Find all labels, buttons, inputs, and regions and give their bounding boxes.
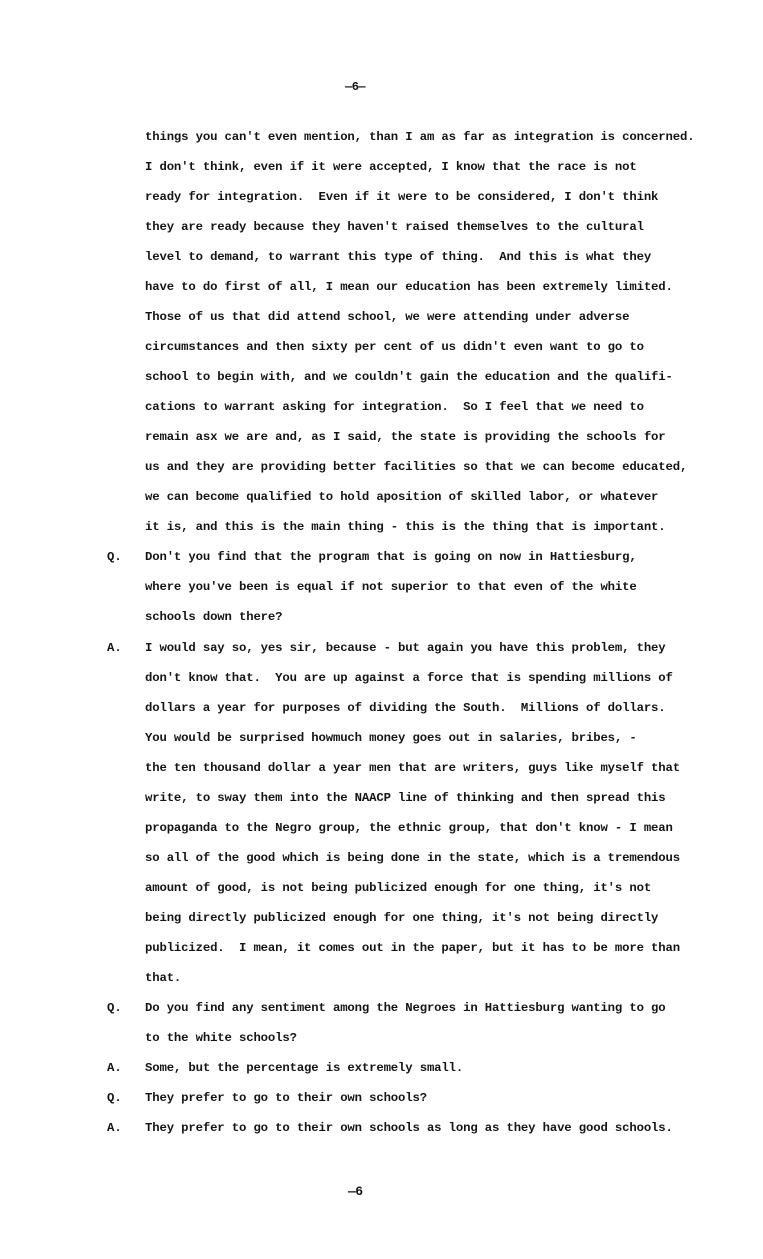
- text-line: schools down there?: [145, 609, 282, 625]
- text-line: circumstances and then sixty per cent of…: [145, 339, 644, 355]
- text-line: propaganda to the Negro group, the ethni…: [145, 820, 673, 836]
- text-line: They prefer to go to their own schools?: [145, 1090, 427, 1106]
- text-line: we can become qualified to hold apositio…: [145, 489, 658, 505]
- speaker-label: A.: [107, 1060, 122, 1076]
- text-line: to the white schools?: [145, 1030, 297, 1046]
- text-line: us and they are providing better facilit…: [145, 459, 687, 475]
- text-line: remain asx we are and, as I said, the st…: [145, 429, 666, 445]
- text-line: that.: [145, 970, 181, 986]
- text-line: publicized. I mean, it comes out in the …: [145, 940, 680, 956]
- text-line: things you can't even mention, than I am…: [145, 129, 694, 145]
- speaker-label: Q.: [107, 1090, 122, 1106]
- page-header-number: —6—: [345, 80, 365, 94]
- text-line: dollars a year for purposes of dividing …: [145, 700, 666, 716]
- speaker-label: A.: [107, 1120, 122, 1136]
- text-line: have to do first of all, I mean our educ…: [145, 279, 673, 295]
- text-line: I would say so, yes sir, because - but a…: [145, 640, 666, 656]
- text-line: so all of the good which is being done i…: [145, 850, 680, 866]
- speaker-label: Q.: [107, 1000, 122, 1016]
- page-footer-number: —6: [348, 1184, 363, 1199]
- text-line: they are ready because they haven't rais…: [145, 219, 644, 235]
- text-line: Don't you find that the program that is …: [145, 549, 637, 565]
- text-line: school to begin with, and we couldn't ga…: [145, 369, 673, 385]
- text-line: level to demand, to warrant this type of…: [145, 249, 651, 265]
- text-line: Those of us that did attend school, we w…: [145, 309, 629, 325]
- text-line: where you've been is equal if not superi…: [145, 579, 637, 595]
- text-line: don't know that. You are up against a fo…: [145, 670, 673, 686]
- text-line: Some, but the percentage is extremely sm…: [145, 1060, 463, 1076]
- text-line: You would be surprised howmuch money goe…: [145, 730, 637, 746]
- text-line: write, to sway them into the NAACP line …: [145, 790, 666, 806]
- text-line: I don't think, even if it were accepted,…: [145, 159, 637, 175]
- speaker-label: Q.: [107, 549, 122, 565]
- text-line: being directly publicized enough for one…: [145, 910, 658, 926]
- text-line: Do you find any sentiment among the Negr…: [145, 1000, 666, 1016]
- text-line: it is, and this is the main thing - this…: [145, 519, 666, 535]
- text-line: cations to warrant asking for integratio…: [145, 399, 644, 415]
- speaker-label: A.: [107, 640, 122, 656]
- text-line: amount of good, is not being publicized …: [145, 880, 651, 896]
- text-line: ready for integration. Even if it were t…: [145, 189, 658, 205]
- text-line: They prefer to go to their own schools a…: [145, 1120, 673, 1136]
- text-line: the ten thousand dollar a year men that …: [145, 760, 680, 776]
